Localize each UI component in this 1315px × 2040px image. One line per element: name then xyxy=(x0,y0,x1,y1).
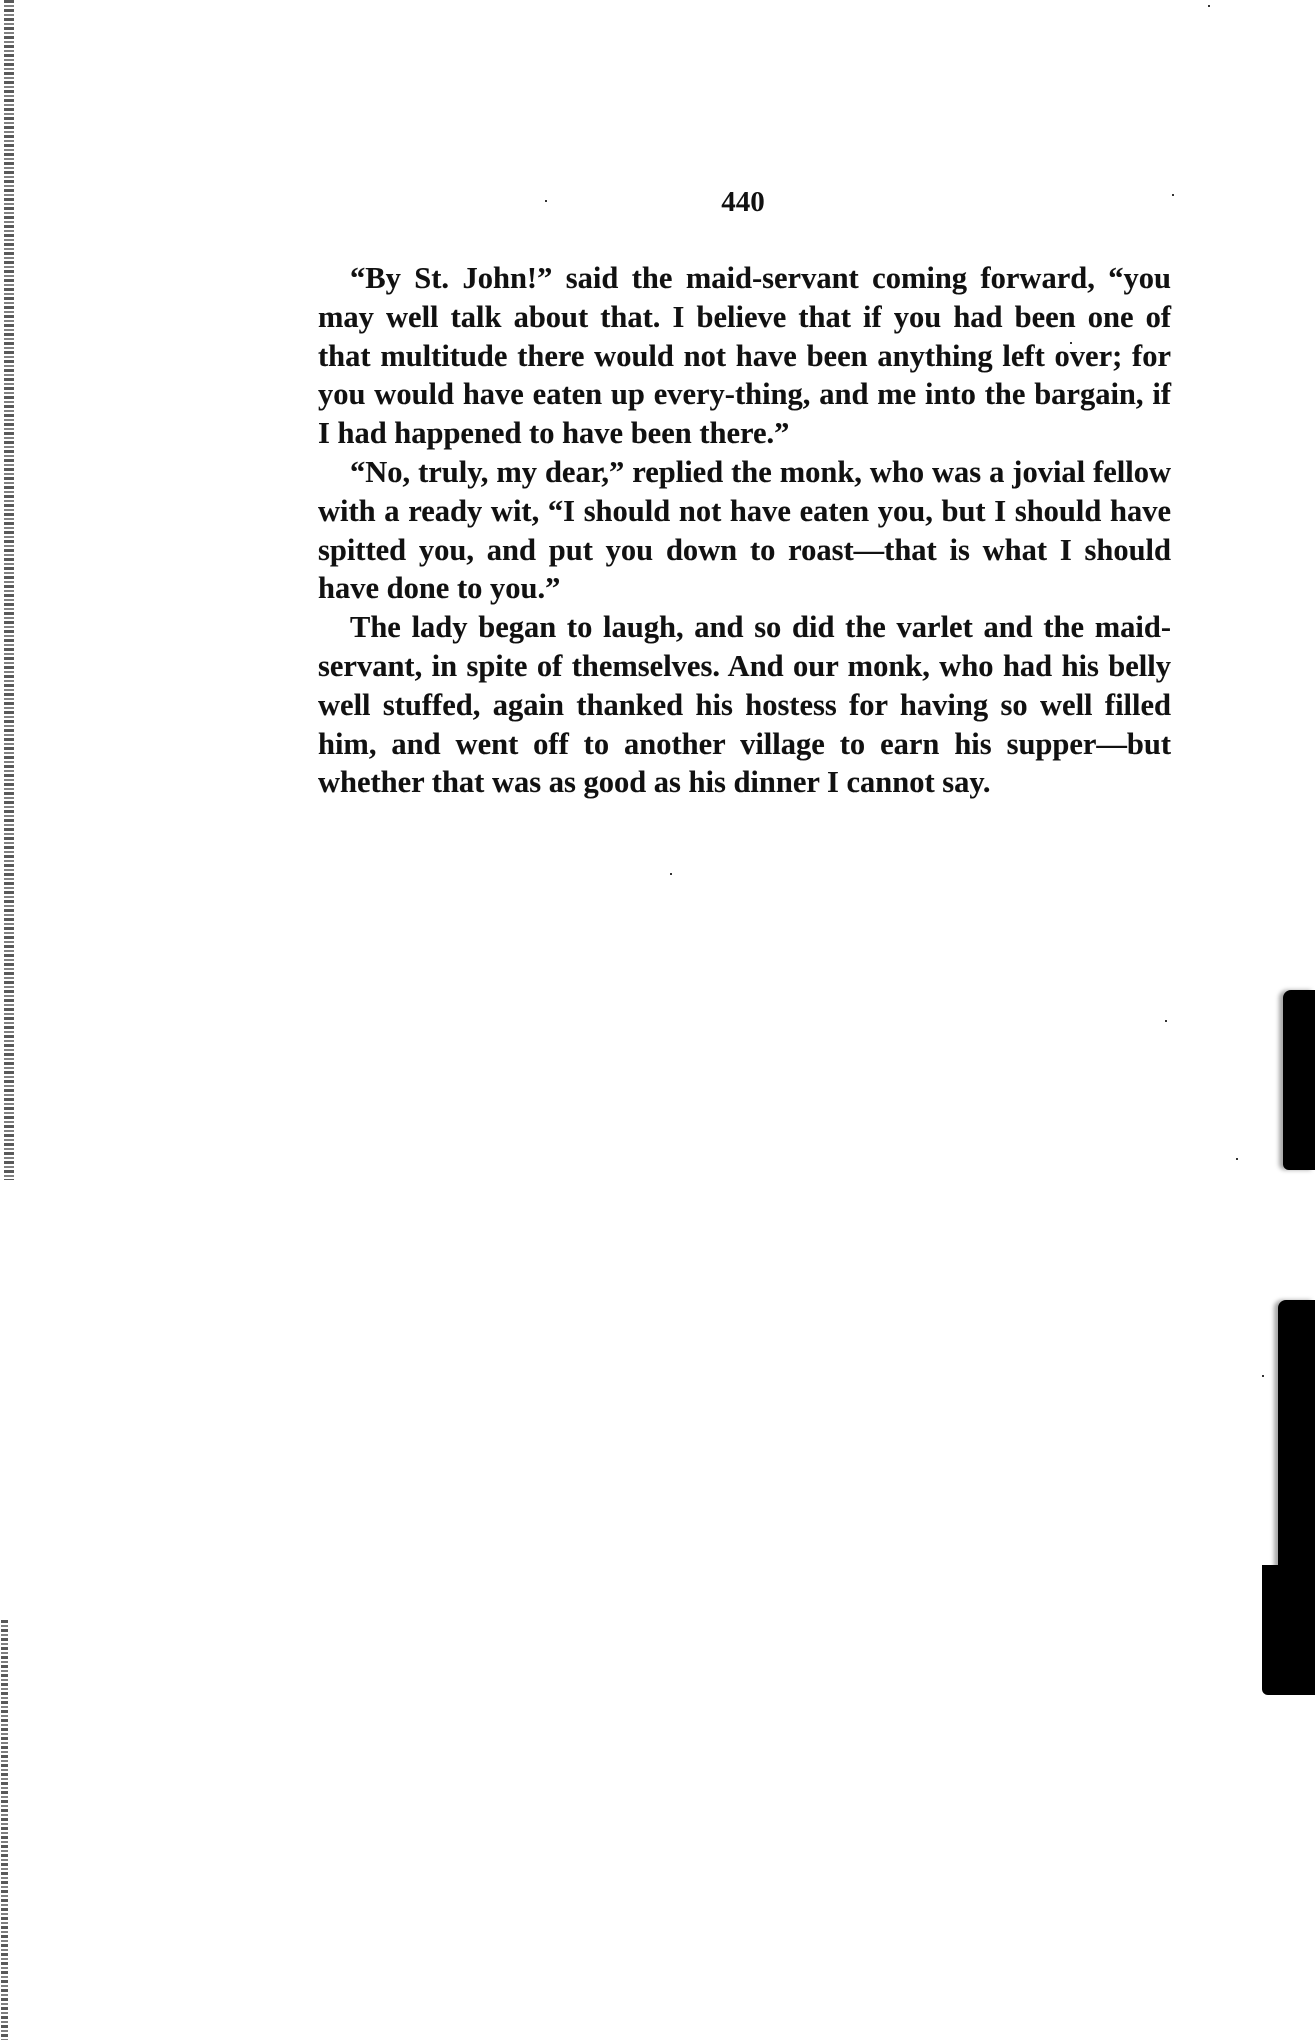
book-page: 440 “By St. John!” said the maid-servant… xyxy=(0,0,1315,2040)
scan-speck xyxy=(670,873,672,875)
binding-gutter-artifact xyxy=(1,1620,8,2040)
paragraph: “By St. John!” said the maid-servant com… xyxy=(318,259,1171,453)
binding-gutter-artifact xyxy=(4,0,14,1180)
scan-speck xyxy=(1208,5,1210,7)
page-number: 440 xyxy=(0,186,1315,219)
body-text: “By St. John!” said the maid-servant com… xyxy=(318,259,1171,802)
paragraph: The lady began to laugh, and so did the … xyxy=(318,608,1171,802)
scan-speck xyxy=(1236,1158,1238,1160)
scan-edge-shadow xyxy=(1283,990,1315,1170)
scan-speck xyxy=(1262,1375,1264,1377)
paragraph: “No, truly, my dear,” replied the monk, … xyxy=(318,453,1171,608)
scan-edge-shadow xyxy=(1278,1300,1315,1570)
scan-speck xyxy=(1165,1020,1167,1022)
scan-edge-shadow xyxy=(1262,1565,1315,1695)
